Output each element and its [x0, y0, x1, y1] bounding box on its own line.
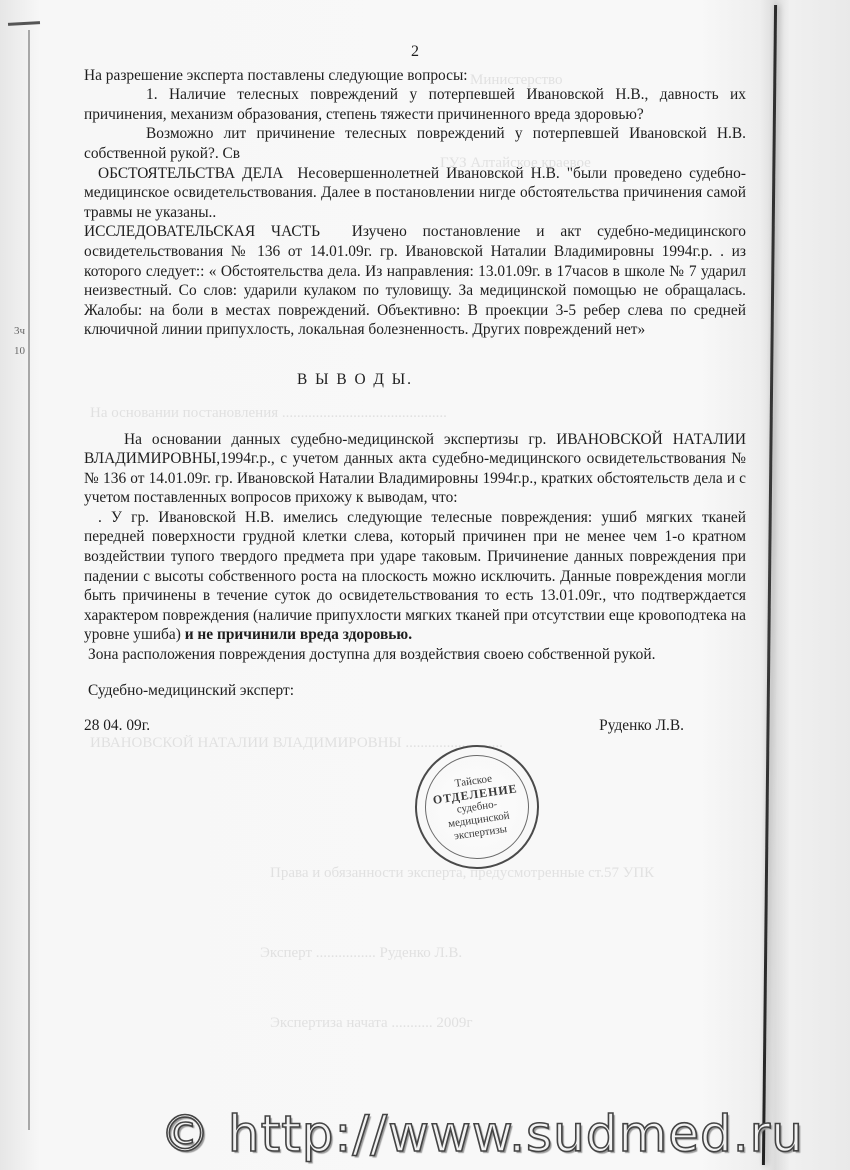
- margin-mark: 3ч: [14, 325, 25, 337]
- conclusion-body: . У гр. Ивановской Н.В. имелись следующи…: [84, 508, 746, 645]
- document-page: 2 На разрешение эксперта поставлены след…: [84, 40, 746, 736]
- bleed-through-text: Эксперт ................ Руденко Л.В.: [260, 945, 462, 962]
- signature-row: 28 04. 09г. Руденко Л.В.: [84, 716, 746, 736]
- bleed-through-text: ИВАНОВСКОЙ НАТАЛИИ ВЛАДИМИРОВНЫ ........…: [90, 735, 750, 752]
- expert-name: Руденко Л.В.: [599, 716, 684, 736]
- conclusion-text: . У гр. Ивановской Н.В. имелись следующи…: [84, 509, 746, 644]
- research-heading: ИССЛЕДОВАТЕЛЬСКАЯ ЧАСТЬ: [84, 223, 320, 240]
- research-paragraph: ИССЛЕДОВАТЕЛЬСКАЯ ЧАСТЬ Изучено постанов…: [84, 222, 746, 340]
- circumstances-paragraph: ОБСТОЯТЕЛЬСТВА ДЕЛА Несовершеннолетней И…: [84, 164, 746, 223]
- zone-text: Зона расположения повреждения доступна д…: [84, 645, 746, 665]
- margin-mark: 10: [14, 345, 25, 357]
- conclusions-heading: В Ы В О Д Ы.: [0, 370, 746, 390]
- copyright-watermark: © http://www.sudmed.ru: [160, 1105, 804, 1163]
- stamp-line: Тайское: [454, 772, 493, 790]
- stamp-line: медицинской: [447, 809, 510, 830]
- signature-date: 28 04. 09г.: [84, 716, 150, 736]
- page-number: 2: [84, 42, 746, 62]
- bleed-through-text: Экспертиза начата ........... 2009г: [270, 1015, 473, 1032]
- stamp-line: ОТДЕЛЕНИЕ: [432, 782, 518, 807]
- conclusions-intro: На основании данных судебно-медицинской …: [84, 430, 746, 508]
- stamp-line: судебно-: [456, 798, 498, 817]
- question-1: 1. Наличие телесных повреждений у потерп…: [84, 85, 746, 124]
- circumstances-heading: ОБСТОЯТЕЛЬСТВА ДЕЛА: [98, 165, 283, 182]
- research-text: Изучено постановление и акт судебно-меди…: [84, 223, 746, 338]
- left-page-edge: [28, 30, 30, 1130]
- question-2: Возможно лит причинение телесных поврежд…: [84, 124, 746, 163]
- stamp-line: экспертизы: [453, 823, 508, 843]
- signature-title: Судебно-медицинский эксперт:: [84, 681, 746, 701]
- questions-intro: На разрешение эксперта поставлены следую…: [84, 66, 746, 86]
- conclusion-bold: и не причинили вреда здоровью.: [185, 626, 412, 643]
